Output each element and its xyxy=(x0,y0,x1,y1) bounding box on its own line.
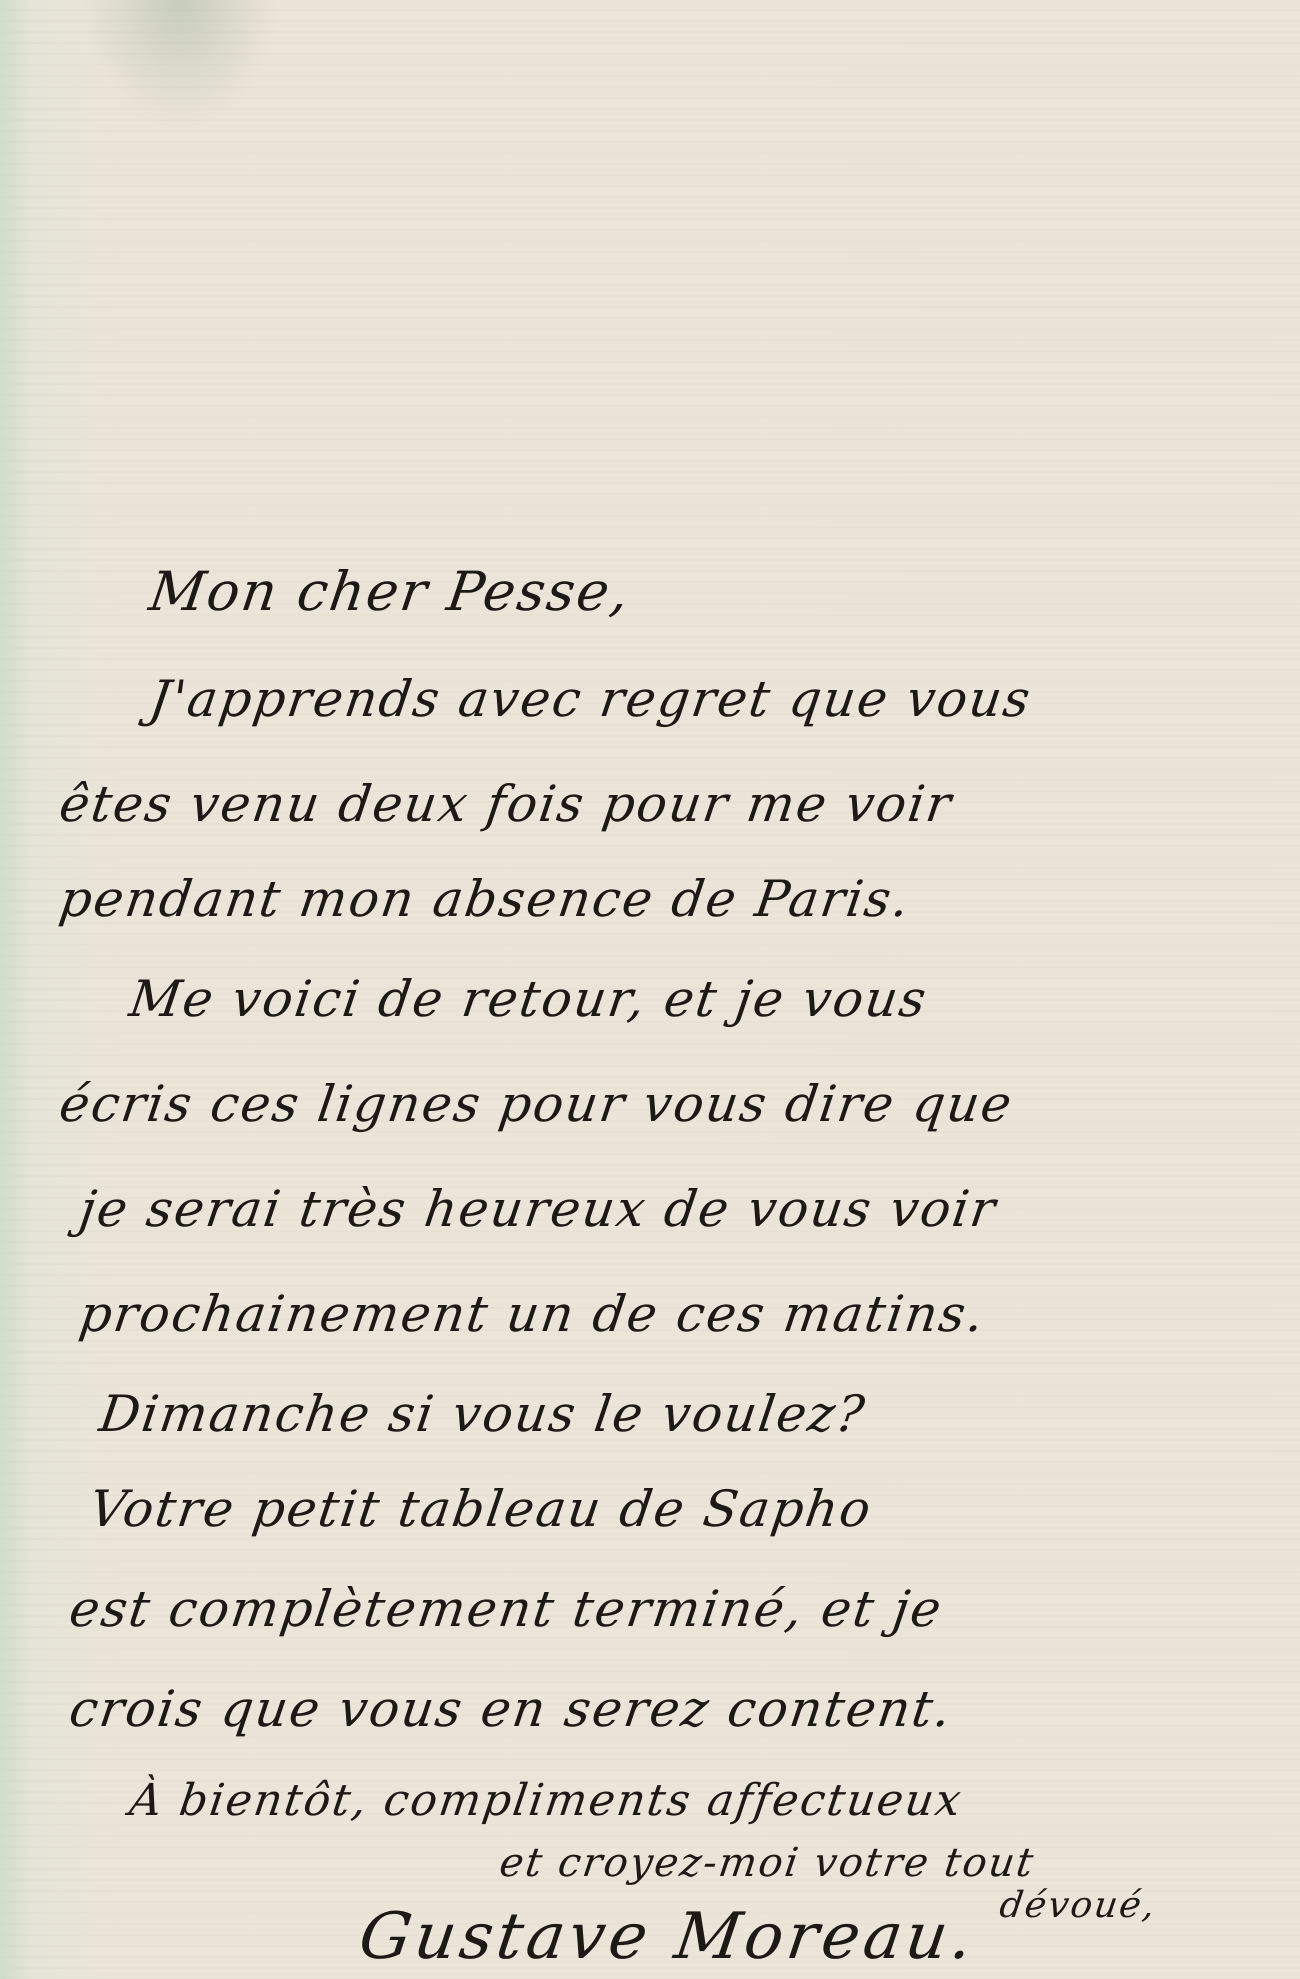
letter-signature: Gustave Moreau. xyxy=(355,1900,981,1974)
letter-line: crois que vous en serez content. xyxy=(66,1680,956,1738)
letter-line: êtes venu deux fois pour me voir xyxy=(56,775,956,833)
letter-paper: Mon cher Pesse, J'apprends avec regret q… xyxy=(0,0,1300,1979)
letter-line: Me voici de retour, et je vous xyxy=(126,970,931,1028)
letter-line: À bientôt, compliments affectueux xyxy=(126,1775,966,1826)
letter-line: est complètement terminé, et je xyxy=(66,1580,947,1638)
paper-stain xyxy=(80,0,280,130)
letter-line: je serai très heureux de vous voir xyxy=(76,1180,1001,1238)
letter-line: écris ces lignes pour vous dire que xyxy=(56,1075,1017,1133)
letter-line: pendant mon absence de Paris. xyxy=(56,870,914,928)
paper-edge-discoloration xyxy=(0,0,30,1979)
letter-line: Votre petit tableau de Sapho xyxy=(86,1480,876,1538)
letter-line: et croyez-moi votre tout xyxy=(497,1840,1038,1886)
letter-line: dévoué, xyxy=(997,1885,1159,1926)
letter-greeting: Mon cher Pesse, xyxy=(146,560,635,623)
letter-line: Dimanche si vous le voulez? xyxy=(96,1385,870,1443)
letter-line: J'apprends avec regret que vous xyxy=(146,670,1035,728)
letter-line: prochainement un de ces matins. xyxy=(76,1285,989,1343)
